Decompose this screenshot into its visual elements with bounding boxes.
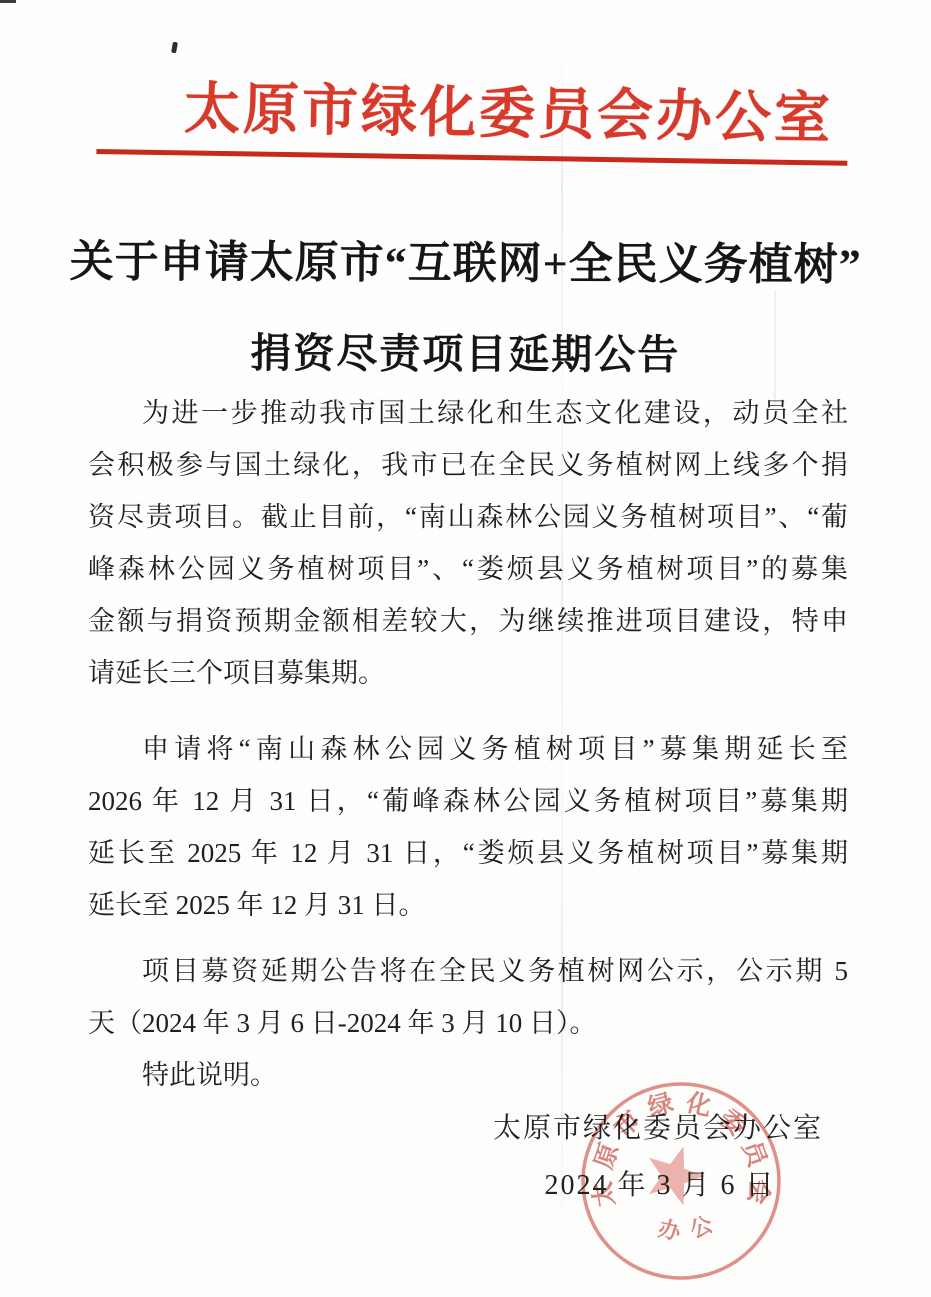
paragraph-3: 项目募资延期公告将在全民义务植树网公示，公示期 5 天（2024 年 3 月 6…	[88, 945, 848, 1049]
notice-title: 关于申请太原市“互联网+全民义务植树” 捐资尽责项目延期公告	[0, 234, 931, 382]
document-page: 太原市绿化委员会办公室 关于申请太原市“互联网+全民义务植树” 捐资尽责项目延期…	[0, 0, 931, 1297]
paragraph-2: 申请将“南山森林公园义务植树项目”募集期延长至 2026 年 12 月 31 日…	[88, 723, 848, 931]
scan-edge-artifact	[0, 0, 16, 3]
body-line: 峰森林公园义务植树项目”、“娄烦县义务植树项目”的募集	[88, 543, 848, 595]
body-line: 金额与捐资预期金额相差较大，为继续推进项目建设，特申	[88, 595, 848, 647]
body-line: 请延长三个项目募集期。	[88, 647, 848, 699]
notice-title-line2: 捐资尽责项目延期公告	[0, 326, 931, 382]
letterhead: 太原市绿化委员会办公室	[96, 74, 848, 166]
ink-speck	[171, 42, 178, 54]
paragraph-1: 为进一步推动我市国土绿化和生态文化建设，动员全社 会积极参与国土绿化，我市已在全…	[88, 387, 848, 699]
official-seal: 太原市绿化委员会 办公室	[577, 1079, 785, 1285]
body-line: 申请将“南山森林公园义务植树项目”募集期延长至	[88, 723, 848, 775]
body-line: 资尽责项目。截止目前，“南山森林公园义务植树项目”、“葡	[88, 491, 848, 543]
notice-title-line1: 关于申请太原市“互联网+全民义务植树”	[0, 234, 931, 294]
body-line: 延长至 2025 年 12 月 31 日，“娄烦县义务植树项目”募集期	[88, 827, 848, 879]
body-line: 2026 年 12 月 31 日，“葡峰森林公园义务植树项目”募集期	[88, 775, 848, 827]
seal-star-icon	[638, 1137, 711, 1209]
body-line: 为进一步推动我市国土绿化和生态文化建设，动员全社	[88, 387, 848, 439]
letterhead-title: 太原市绿化委员会办公室	[133, 75, 885, 155]
body-line: 会积极参与国土绿化，我市已在全民义务植树网上线多个捐	[88, 439, 848, 491]
body-line: 延长至 2025 年 12 月 31 日。	[88, 879, 848, 931]
body-line: 天（2024 年 3 月 6 日-2024 年 3 月 10 日）。	[88, 997, 848, 1049]
body-line: 项目募资延期公告将在全民义务植树网公示，公示期 5	[88, 945, 848, 997]
notice-body: 为进一步推动我市国土绿化和生态文化建设，动员全社 会积极参与国土绿化，我市已在全…	[88, 387, 848, 1101]
